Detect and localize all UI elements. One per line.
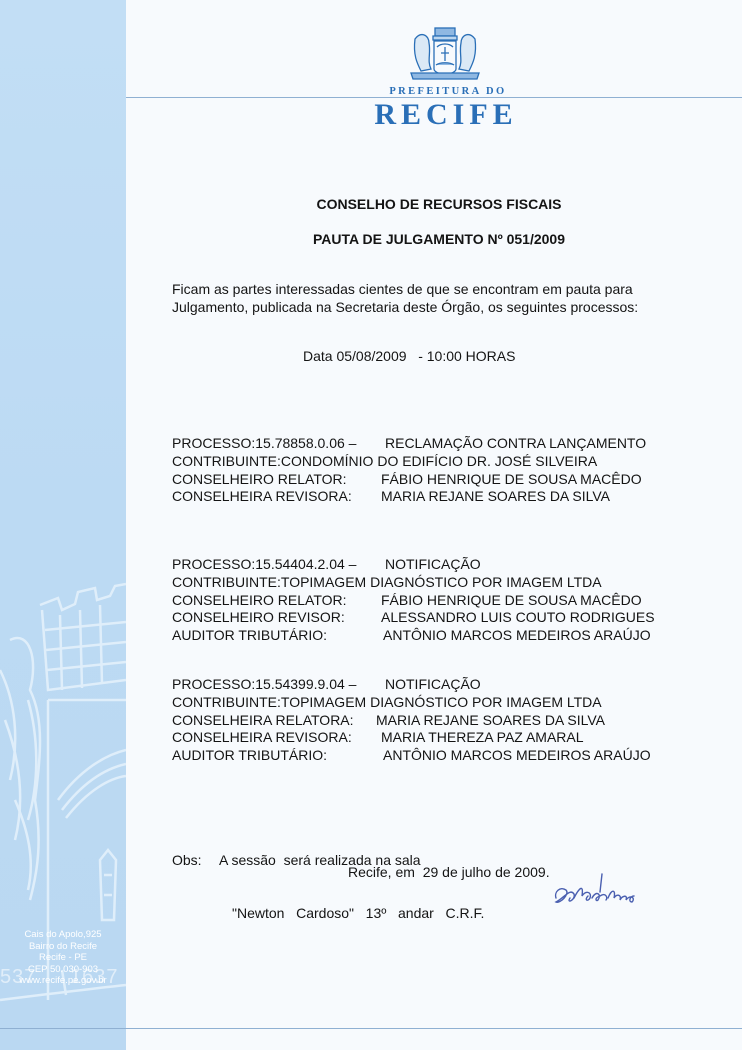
obs-line: "Newton Cardoso" 13º andar C.R.F. [172,905,484,923]
footer-divider [0,1028,742,1029]
address-line: Bairro do Recife [0,941,126,953]
field-value: NOTIFICAÇÃO [385,676,481,694]
process-number-row: PROCESSO:15.78858.0.06 – RECLAMAÇÃO CONT… [172,435,646,453]
address-line: Recife - PE [0,952,126,964]
process-number-row: PROCESSO:15.54399.9.04 – NOTIFICAÇÃO [172,676,651,694]
place-and-date: Recife, em 29 de julho de 2009. [348,864,550,880]
field-value: NOTIFICAÇÃO [385,556,481,574]
taxpayer-row: CONTRIBUINTE:TOPIMAGEM DIAGNÓSTICO POR I… [172,694,651,712]
year-1637: 1637 [70,966,119,989]
auditor-row: AUDITOR TRIBUTÁRIO: ANTÔNIO MARCOS MEDEI… [172,627,655,645]
intro-line: Ficam as partes interessadas cientes de … [172,280,638,298]
agenda-heading: PAUTA DE JULGAMENTO Nº 051/2009 [126,231,742,247]
field-value: MARIA REJANE SOARES DA SILVA [381,488,610,506]
auditor-row: AUDITOR TRIBUTÁRIO: ANTÔNIO MARCOS MEDEI… [172,747,651,765]
field-label: AUDITOR TRIBUTÁRIO: [172,627,383,645]
field-label: AUDITOR TRIBUTÁRIO: [172,747,383,765]
field-label: CONTRIBUINTE:TOPIMAGEM DIAGNÓSTICO POR I… [172,574,602,592]
field-label: PROCESSO:15.54399.9.04 – [172,676,385,694]
process-block: PROCESSO:15.54399.9.04 – NOTIFICAÇÃO CON… [172,676,651,765]
rapporteur-row: CONSELHEIRO RELATOR: FÁBIO HENRIQUE DE S… [172,471,646,489]
field-value: MARIA REJANE SOARES DA SILVA [376,712,605,730]
reviewer-row: CONSELHEIRA REVISORA: MARIA THEREZA PAZ … [172,729,651,747]
letterhead-sidebar: Cais do Apolo,925 Bairro do Recife Recif… [0,0,126,1050]
intro-line: Julgamento, publicada na Secretaria dest… [172,298,638,316]
lion-tower-watermark-icon [0,0,126,1050]
field-label: CONSELHEIRO REVISOR: [172,609,381,627]
address-line: Cais do Apolo,925 [0,929,126,941]
field-label: CONSELHEIRA REVISORA: [172,729,381,747]
field-label: PROCESSO:15.54404.2.04 – [172,556,385,574]
field-value: ANTÔNIO MARCOS MEDEIROS ARAÚJO [383,747,651,765]
field-label: CONSELHEIRA REVISORA: [172,488,381,506]
brand-subtitle: PREFEITURA DO [378,86,518,97]
field-label: CONSELHEIRA RELATORA: [172,712,376,730]
reviewer-row: CONSELHEIRO REVISOR: ALESSANDRO LUIS COU… [172,609,655,627]
rapporteur-row: CONSELHEIRA RELATORA: MARIA REJANE SOARE… [172,712,651,730]
field-value: FÁBIO HENRIQUE DE SOUSA MACÊDO [381,592,642,610]
field-value: RECLAMAÇÃO CONTRA LANÇAMENTO [385,435,646,453]
field-value: FÁBIO HENRIQUE DE SOUSA MACÊDO [381,471,642,489]
session-datetime: Data 05/08/2009 - 10:00 HORAS [303,348,515,364]
rapporteur-row: CONSELHEIRO RELATOR: FÁBIO HENRIQUE DE S… [172,592,655,610]
obs-label: Obs: [172,852,219,870]
field-value: MARIA THEREZA PAZ AMARAL [381,729,584,747]
process-number-row: PROCESSO:15.54404.2.04 – NOTIFICAÇÃO [172,556,655,574]
process-block: PROCESSO:15.78858.0.06 – RECLAMAÇÃO CONT… [172,435,646,506]
field-label: CONTRIBUINTE:CONDOMÍNIO DO EDIFÍCIO DR. … [172,453,597,471]
handwritten-signature-icon [550,868,660,913]
field-label: CONSELHEIRO RELATOR: [172,471,381,489]
brand-title: RECIFE [370,99,522,131]
field-value: ANTÔNIO MARCOS MEDEIROS ARAÚJO [383,627,651,645]
coat-of-arms-icon [407,25,483,83]
council-heading: CONSELHO DE RECURSOS FISCAIS [126,196,742,212]
process-block: PROCESSO:15.54404.2.04 – NOTIFICAÇÃO CON… [172,556,655,645]
reviewer-row: CONSELHEIRA REVISORA: MARIA REJANE SOARE… [172,488,646,506]
field-label: PROCESSO:15.78858.0.06 – [172,435,385,453]
field-value: ALESSANDRO LUIS COUTO RODRIGUES [381,609,655,627]
year-1537: 537 [0,966,36,989]
field-label: CONTRIBUINTE:TOPIMAGEM DIAGNÓSTICO POR I… [172,694,602,712]
intro-paragraph: Ficam as partes interessadas cientes de … [172,280,638,316]
field-label: CONSELHEIRO RELATOR: [172,592,381,610]
taxpayer-row: CONTRIBUINTE:TOPIMAGEM DIAGNÓSTICO POR I… [172,574,655,592]
taxpayer-row: CONTRIBUINTE:CONDOMÍNIO DO EDIFÍCIO DR. … [172,453,646,471]
